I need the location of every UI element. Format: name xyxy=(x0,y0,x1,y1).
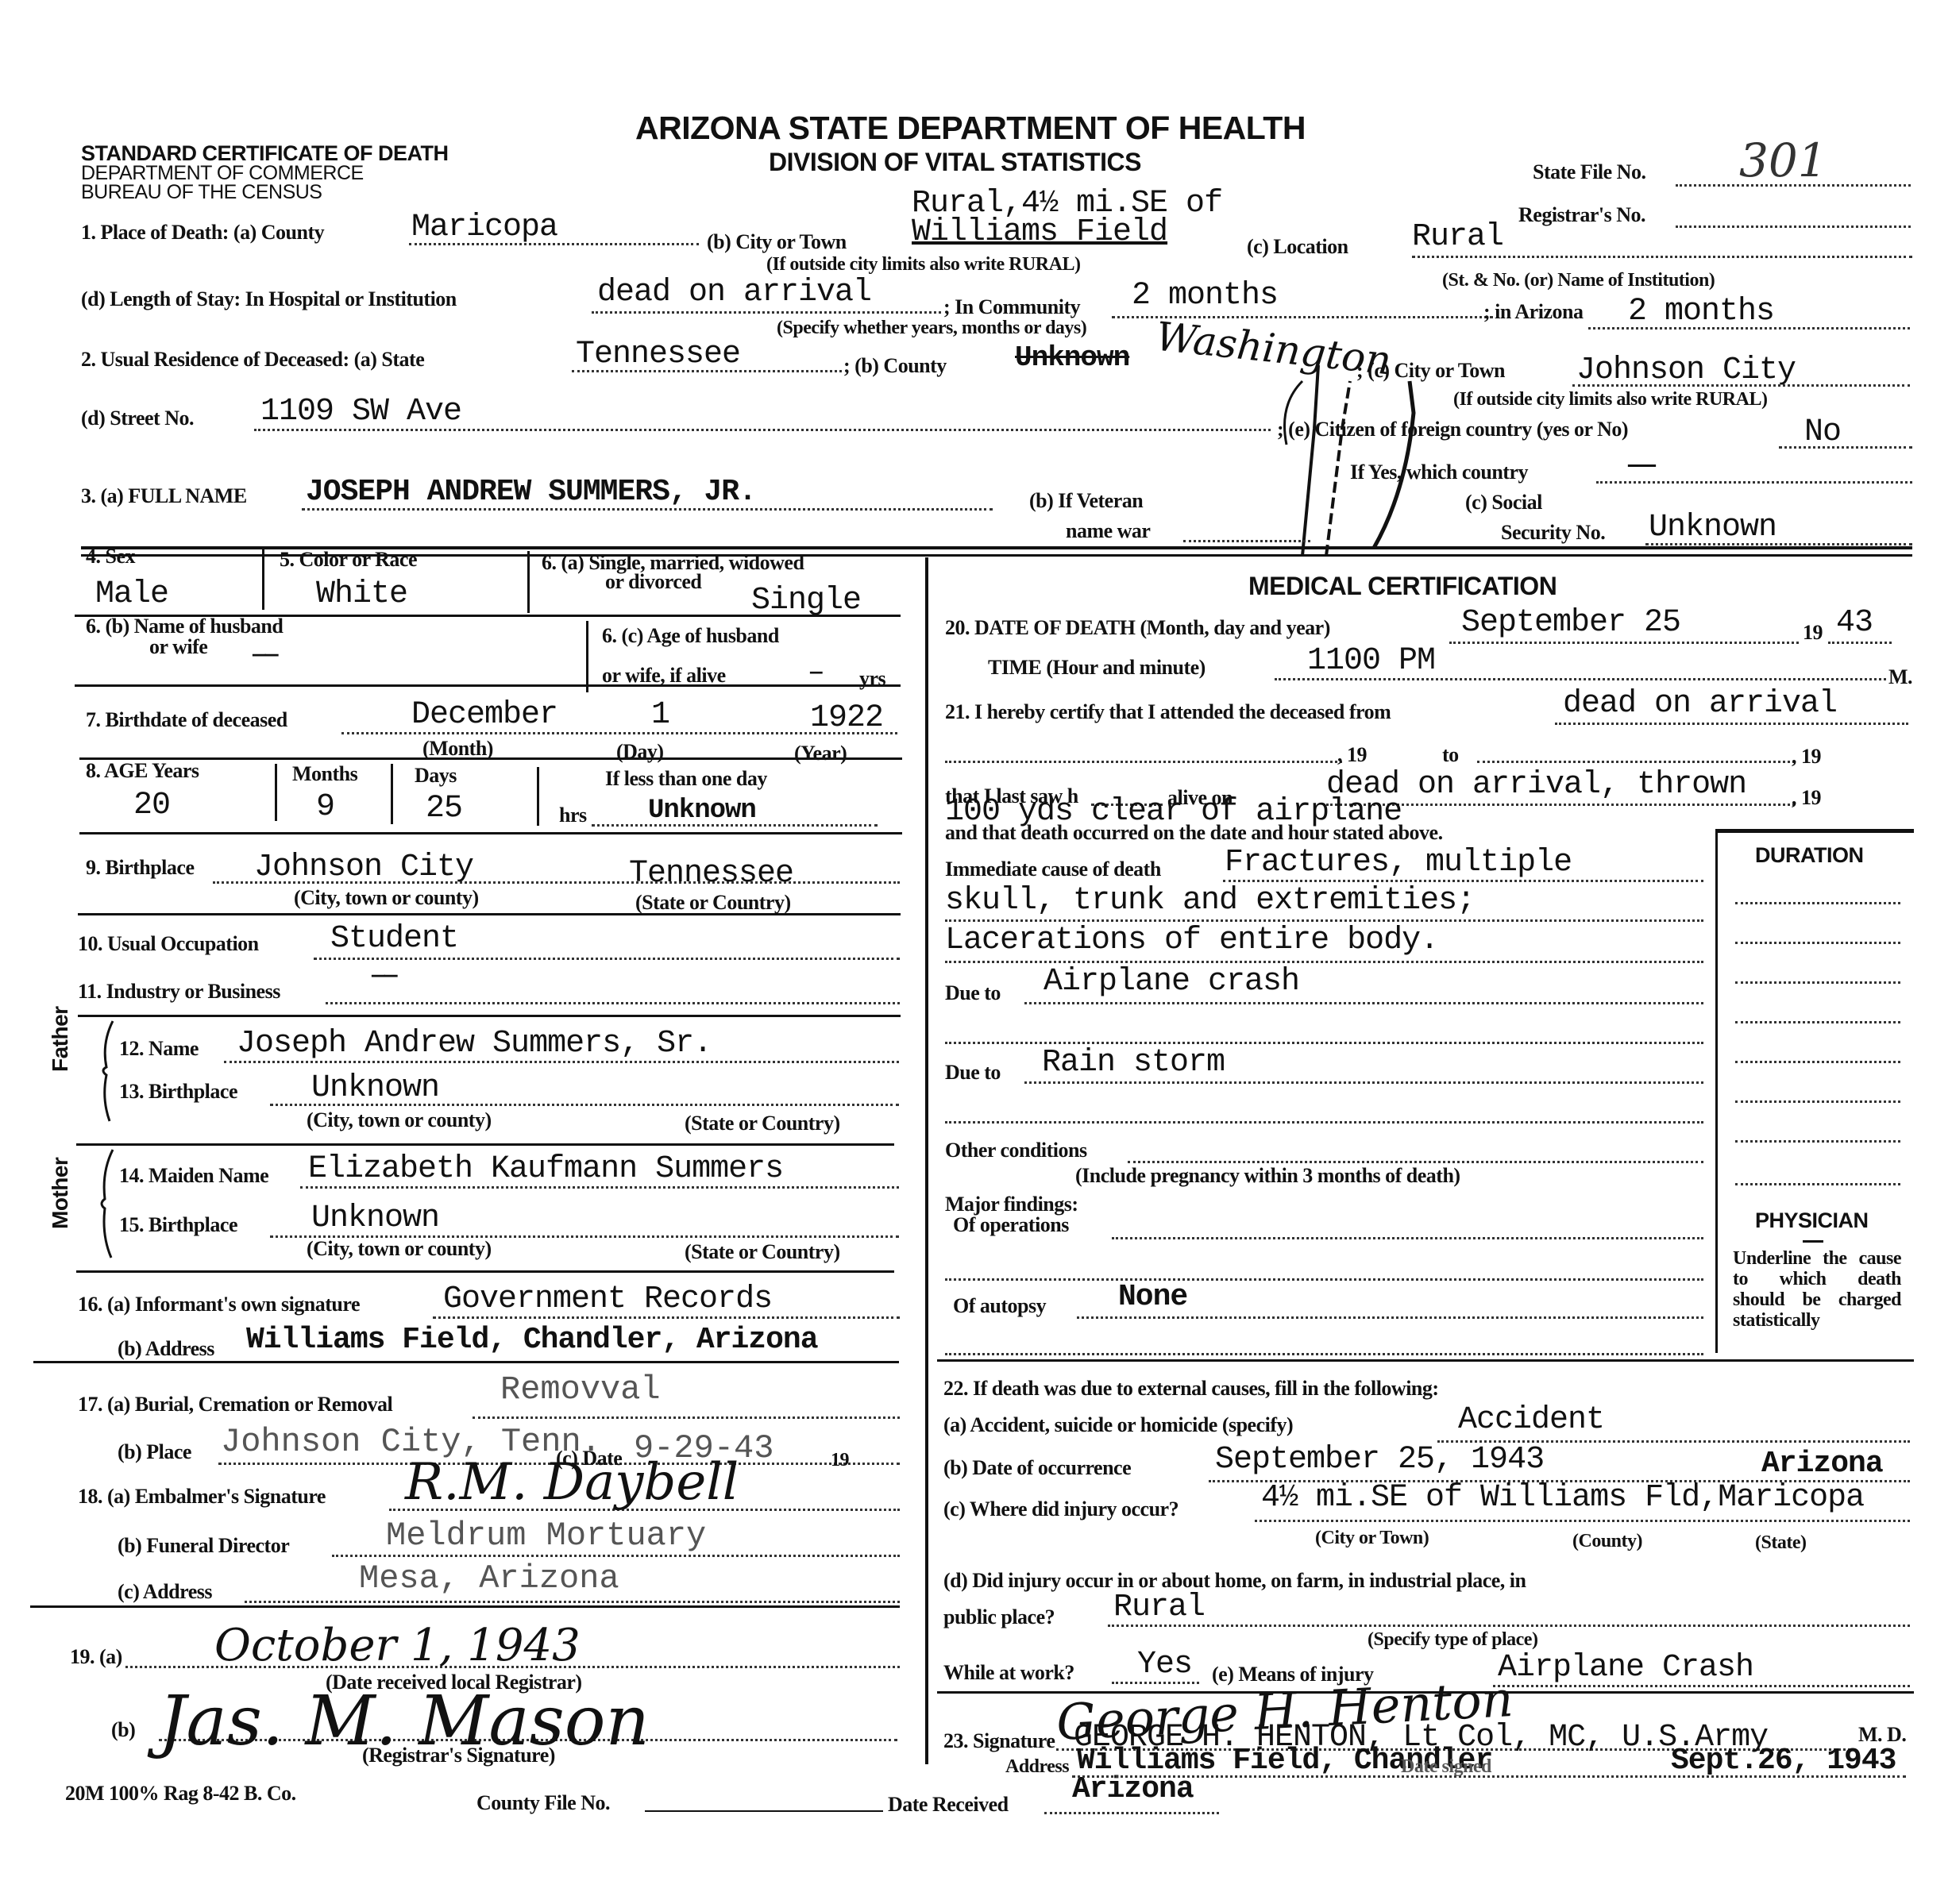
location-label: (c) Location xyxy=(1247,235,1348,259)
full-name-value: JOSEPH ANDREW SUMMERS, JR. xyxy=(306,475,756,509)
age-hrs-value: Unknown xyxy=(648,796,756,826)
stay-arizona-value: 2 months xyxy=(1628,294,1774,330)
injury-city-hint: (City or Town) xyxy=(1315,1528,1429,1549)
place-question-line2: public place? xyxy=(943,1605,1055,1629)
father-birthplace-value: Unknown xyxy=(311,1070,439,1106)
sex-label: 4. Sex xyxy=(86,545,135,569)
hrs-label: hrs xyxy=(559,804,587,827)
means-of-injury-value: Airplane Crash xyxy=(1498,1650,1753,1686)
stay-hospital-value: dead on arrival xyxy=(597,275,871,310)
length-of-stay-label: (d) Length of Stay: In Hospital or Insti… xyxy=(81,287,457,311)
certifier-address-label: Address xyxy=(1005,1756,1069,1778)
location-value: Rural xyxy=(1412,219,1503,255)
time-of-death-label: TIME (Hour and minute) xyxy=(988,656,1206,680)
due-to-value-1: Airplane crash xyxy=(1044,964,1299,1000)
date-of-death-year: 43 xyxy=(1836,605,1873,641)
birthplace-state-value: Tennessee xyxy=(629,856,793,892)
death-county-value: Maricopa xyxy=(411,210,557,245)
veteran-label-1: (b) If Veteran xyxy=(1029,489,1143,513)
citizen-value: No xyxy=(1804,414,1841,450)
handwritten-revision-strokes xyxy=(1271,333,1477,564)
age-months-label: Months xyxy=(292,762,357,786)
county-file-label: County File No. xyxy=(476,1791,610,1815)
medical-certification-title: MEDICAL CERTIFICATION xyxy=(1248,572,1557,601)
last-saw-19: , 19 xyxy=(1792,786,1821,810)
location-hint: (St. & No. (or) Name of Institution) xyxy=(1442,270,1715,291)
less-than-day-label: If less than one day xyxy=(605,767,767,791)
date-received-label: Date Received xyxy=(888,1793,1009,1817)
informant-address-label: (b) Address xyxy=(118,1337,214,1361)
division-title: DIVISION OF VITAL STATISTICS xyxy=(769,148,1141,177)
residence-county-struck: Unknown xyxy=(1015,341,1129,374)
place-type-value: Rural xyxy=(1113,1590,1205,1625)
due-to-value-2: Rain storm xyxy=(1042,1045,1225,1081)
mother-city-hint: (City, town or county) xyxy=(307,1237,492,1261)
immediate-cause-line2: skull, trunk and extremities; xyxy=(945,883,1475,919)
date-of-death-value: September 25 xyxy=(1461,605,1680,641)
marital-value: Single xyxy=(751,583,861,619)
spouse-name-label-2: or wife xyxy=(149,635,207,659)
birthplace-city-value: Johnson City xyxy=(254,850,473,885)
mother-name-value: Elizabeth Kaufmann Summers xyxy=(308,1151,783,1187)
burial-type-label: 17. (a) Burial, Cremation or Removal xyxy=(78,1393,392,1416)
spouse-age-unit: yrs xyxy=(859,667,885,691)
race-value: White xyxy=(316,576,407,612)
other-conditions-hint: (Include pregnancy within 3 months of de… xyxy=(1075,1164,1460,1188)
certifier-signature-label: 23. Signature xyxy=(943,1729,1055,1753)
registrar-signature-label: (b) xyxy=(111,1718,135,1742)
manner-value: Accident xyxy=(1458,1402,1604,1438)
injury-location-label: (c) Where did injury occur? xyxy=(943,1497,1179,1521)
social-label-1: (c) Social xyxy=(1465,491,1542,515)
usual-residence-label: 2. Usual Residence of Deceased: (a) Stat… xyxy=(81,348,424,372)
period-19a: , 19 xyxy=(1337,743,1367,767)
attended-label: 21. I hereby certify that I attended the… xyxy=(945,700,1391,724)
social-label-2: Security No. xyxy=(1501,521,1605,545)
informant-signature-label: 16. (a) Informant's own signature xyxy=(78,1293,360,1316)
race-label: 5. Color or Race xyxy=(280,548,417,572)
birthdate-label: 7. Birthdate of deceased xyxy=(86,708,287,732)
occupation-label: 10. Usual Occupation xyxy=(78,932,259,956)
full-name-label: 3. (a) FULL NAME xyxy=(81,484,247,508)
birth-year-hint: (Year) xyxy=(794,742,847,765)
agency-title: ARIZONA STATE DEPARTMENT OF HEALTH xyxy=(635,110,1306,147)
place-question-line1: (d) Did injury occur in or about home, o… xyxy=(943,1569,1526,1593)
mother-state-hint: (State or Country) xyxy=(685,1240,840,1264)
birth-month-value: December xyxy=(411,697,557,733)
manner-label: (a) Accident, suicide or homicide (speci… xyxy=(943,1413,1293,1437)
mother-birthplace-label: 15. Birthplace xyxy=(119,1213,237,1237)
spouse-age-label-1: 6. (c) Age of husband xyxy=(602,624,779,648)
duration-title: DURATION xyxy=(1755,843,1863,868)
residence-state-value: Tennessee xyxy=(576,337,740,372)
age-years-value: 20 xyxy=(133,788,170,823)
death-city-hint: (If outside city limits also write RURAL… xyxy=(766,254,1080,276)
burial-date-suffix: 19 xyxy=(831,1450,849,1471)
father-name-label: 12. Name xyxy=(119,1037,199,1061)
birthplace-state-hint: (State or Country) xyxy=(635,891,791,915)
age-days-label: Days xyxy=(415,764,457,788)
sex-value: Male xyxy=(95,576,168,612)
printer-mark: 20M 100% Rag 8-42 B. Co. xyxy=(65,1782,296,1806)
physician-note: Underline the cause to which death shoul… xyxy=(1733,1248,1901,1331)
operations-label: Of operations xyxy=(953,1213,1069,1237)
informant-signature-value: Government Records xyxy=(443,1282,772,1317)
birthplace-city-hint: (City, town or county) xyxy=(294,886,479,910)
which-country-value: —— xyxy=(1628,453,1655,480)
mother-side-label: Mother xyxy=(48,1158,73,1229)
place-type-hint: (Specify type of place) xyxy=(1368,1629,1537,1651)
injury-state-hint: (State) xyxy=(1755,1532,1806,1554)
while-at-work-value: Yes xyxy=(1137,1647,1192,1682)
period-19b: , 19 xyxy=(1792,745,1821,769)
industry-label: 11. Industry or Business xyxy=(78,980,280,1004)
funeral-address-value: Mesa, Arizona xyxy=(359,1559,619,1598)
father-birthplace-label: 13. Birthplace xyxy=(119,1080,237,1104)
father-name-value: Joseph Andrew Summers, Sr. xyxy=(237,1026,712,1062)
other-conditions-label: Other conditions xyxy=(945,1139,1087,1162)
street-value: 1109 SW Ave xyxy=(260,394,461,430)
burial-type-value: Removval xyxy=(500,1370,661,1409)
occurrence-date-label: (b) Date of occurrence xyxy=(943,1456,1131,1480)
immediate-cause-line3: Lacerations of entire body. xyxy=(945,923,1438,958)
community-label: ; In Community xyxy=(943,295,1080,319)
birthplace-label: 9. Birthplace xyxy=(86,856,195,880)
burial-place-label: (b) Place xyxy=(118,1440,191,1464)
funeral-address-label: (c) Address xyxy=(118,1580,212,1604)
father-city-hint: (City, town or county) xyxy=(307,1108,492,1132)
age-years-label: 8. AGE Years xyxy=(86,759,199,783)
father-state-hint: (State or Country) xyxy=(685,1112,840,1135)
state-file-label: State File No. xyxy=(1533,160,1645,184)
autopsy-label: Of autopsy xyxy=(953,1294,1046,1318)
occurred-statement: and that death occurred on the date and … xyxy=(945,821,1443,845)
period-to: to xyxy=(1442,743,1459,767)
immediate-cause-label: Immediate cause of death xyxy=(945,858,1161,881)
spouse-age-value: — xyxy=(810,661,822,684)
state-file-number: 301 xyxy=(1739,133,1827,187)
embalmer-signature: R.M. Daybell xyxy=(405,1453,739,1512)
attended-value: dead on arrival xyxy=(1563,686,1837,722)
date-signed-value: Sept.26, 1943 xyxy=(1671,1744,1896,1778)
death-city-line2: Williams Field xyxy=(912,214,1167,250)
occupation-value: Student xyxy=(330,921,458,957)
age-months-value: 9 xyxy=(316,789,334,825)
residence-city-value: Johnson City xyxy=(1576,353,1796,388)
funeral-director-label: (b) Funeral Director xyxy=(118,1534,289,1558)
occurrence-state-value: Arizona xyxy=(1761,1447,1883,1481)
spouse-name-value: —— xyxy=(253,643,278,668)
due-to-label-1: Due to xyxy=(945,981,1001,1005)
registrar-date-label: 19. (a) xyxy=(70,1645,122,1669)
social-security-value: Unknown xyxy=(1649,510,1776,545)
father-brace xyxy=(95,1019,119,1123)
injury-location-value: 4½ mi.SE of Williams Fld,Maricopa xyxy=(1261,1480,1864,1516)
date-signed-label: Date signed xyxy=(1401,1756,1491,1778)
while-at-work-label: While at work? xyxy=(943,1661,1074,1685)
funeral-director-value: Meldrum Mortuary xyxy=(386,1517,706,1555)
time-suffix: M. xyxy=(1888,665,1912,689)
registrar-no-label: Registrar's No. xyxy=(1518,203,1645,227)
mother-brace xyxy=(95,1148,119,1259)
physician-title: PHYSICIAN xyxy=(1755,1208,1869,1233)
age-days-value: 25 xyxy=(426,791,462,827)
street-label: (d) Street No. xyxy=(81,407,194,430)
date-of-death-label: 20. DATE OF DEATH (Month, day and year) xyxy=(945,616,1330,640)
embalmer-signature-label: 18. (a) Embalmer's Signature xyxy=(78,1485,326,1509)
veteran-label-2: name war xyxy=(1066,519,1150,543)
mother-birthplace-value: Unknown xyxy=(311,1201,439,1236)
birth-day-hint: (Day) xyxy=(616,740,664,764)
stay-hint: (Specify whether years, months or days) xyxy=(777,318,1086,339)
registrar-signature-hint: (Registrar's Signature) xyxy=(362,1744,555,1767)
autopsy-value: None xyxy=(1118,1280,1187,1314)
injury-county-hint: (County) xyxy=(1572,1531,1642,1552)
stay-community-value: 2 months xyxy=(1132,278,1278,314)
mother-name-label: 14. Maiden Name xyxy=(119,1164,268,1188)
time-of-death-value: 1100 PM xyxy=(1307,643,1435,679)
death-city-label: (b) City or Town xyxy=(707,230,847,254)
place-of-death-label: 1. Place of Death: (a) County xyxy=(81,221,324,245)
immediate-cause-line1: Fractures, multiple xyxy=(1225,845,1572,881)
due-to-label-2: Due to xyxy=(945,1061,1001,1085)
informant-address-value: Williams Field, Chandler, Arizona xyxy=(246,1323,818,1357)
external-causes-title: 22. If death was due to external causes,… xyxy=(943,1377,1439,1401)
date-of-death-year-prefix: 19 xyxy=(1803,621,1823,645)
occurrence-date-value: September 25, 1943 xyxy=(1215,1442,1544,1478)
residence-county-label: ; (b) County xyxy=(843,354,947,378)
residence-city-hint: (If outside city limits also write RURAL… xyxy=(1453,389,1767,410)
industry-value: —— xyxy=(372,964,397,989)
father-side-label: Father xyxy=(48,1006,73,1072)
registrar-date-value: October 1, 1943 xyxy=(214,1620,581,1671)
birth-year-value: 1922 xyxy=(810,700,883,736)
bureau-label: BUREAU OF THE CENSUS xyxy=(81,181,322,204)
marital-label-2: or divorced xyxy=(605,570,701,594)
arizona-label: ; in Arizona xyxy=(1483,300,1583,324)
birth-day-value: 1 xyxy=(651,697,669,733)
